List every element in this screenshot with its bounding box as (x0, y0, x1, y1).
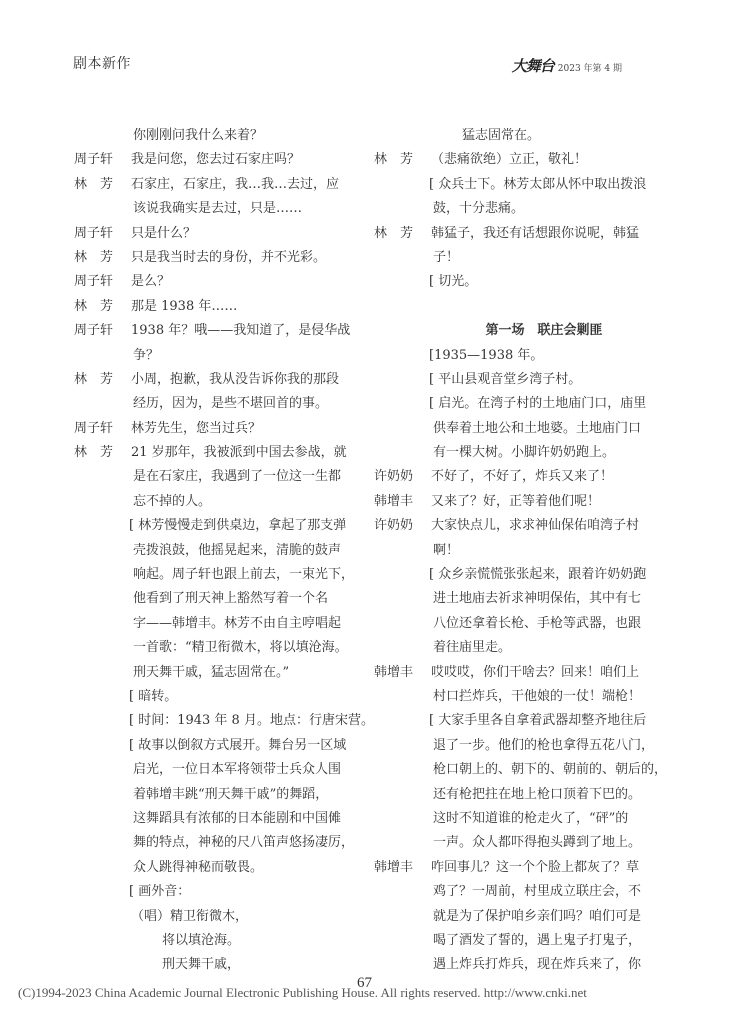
script-line: 喝了酒发了誓的，遇上鬼子打鬼子， (374, 929, 674, 953)
script-line: 林 芳21 岁那年，我被派到中国去参战，就 (74, 441, 374, 465)
line-text: 就是为了保护咱乡亲们吗？咱们可是 (433, 905, 641, 929)
speaker-name: 许奶奶 (374, 465, 430, 489)
stage-direction: [ 平山县观音堂乡湾子村。 (374, 368, 674, 392)
script-line: 八位还拿着长枪、手枪等武器，也跟 (374, 612, 674, 636)
line-text: 这时不知道谁的枪走火了，“砰”的 (433, 807, 628, 831)
script-line: 进土地庙去祈求神明保佑，其中有七 (374, 587, 674, 611)
script-line: 是在石家庄，我遇到了一位这一生都 (74, 465, 374, 489)
script-line: 众人跳得神秘而敬畏。 (74, 856, 374, 880)
stage-direction: [ 时间：1943 年 8 月。地点：行唐宋营。 (74, 709, 374, 733)
line-text: 石家庄，石家庄，我…我…去过，应 (131, 173, 339, 197)
script-line: 一声。众人都吓得抱头蹲到了地上。 (374, 831, 674, 855)
stage-direction: [ 众乡亲慌慌张张起来，跟着许奶奶跑 (374, 563, 674, 587)
line-text: 猛志固常在。 (462, 124, 540, 148)
script-line: 许奶奶大家快点儿，求求神仙保佑咱湾子村 (374, 514, 674, 538)
line-text: 这舞蹈具有浓郁的日本能剧和中国傩 (133, 807, 341, 831)
line-text: 啊！ (433, 539, 459, 563)
line-text: 刑天舞干戚，猛志固常在。” (133, 661, 289, 685)
stage-direction: [ 切光。 (374, 270, 674, 294)
speaker-name: 韩增丰 (374, 856, 430, 880)
speaker-name: 许奶奶 (374, 514, 430, 538)
line-text: [ 画外音： (129, 880, 190, 904)
line-text: 那是 1938 年…… (131, 295, 237, 319)
script-line: 着往庙里走。 (374, 636, 674, 660)
line-text: [ 时间：1943 年 8 月。地点：行唐宋营。 (129, 709, 374, 733)
speaker-name: 林 芳 (74, 441, 130, 465)
line-text: 只是什么？ (131, 222, 196, 246)
script-line: 还有枪把拄在地上枪口顶着下巴的。 (374, 783, 674, 807)
script-line: 该说我确实是去过，只是…… (74, 197, 374, 221)
line-text: [ 众乡亲慌慌张张起来，跟着许奶奶跑 (429, 563, 646, 587)
speaker-name: 周子轩 (74, 148, 130, 172)
line-text: [1935—1938 年。 (429, 344, 543, 368)
script-line: 字——韩增丰。林芳不由自主哼唱起 (74, 612, 374, 636)
line-text: 遇上炸兵打炸兵，现在炸兵来了，你 (433, 953, 641, 977)
script-line: 林 芳（悲痛欲绝）立正，敬礼！ (374, 148, 674, 172)
line-text: 大家快点儿，求求神仙保佑咱湾子村 (431, 514, 639, 538)
line-text: 有一棵大树。小脚许奶奶跑上。 (433, 441, 615, 465)
line-text: [ 众兵士下。林芳太郎从怀中取出拨浪 (429, 173, 646, 197)
line-text: 21 岁那年，我被派到中国去参战，就 (131, 441, 347, 465)
line-text: 我是问您，您去过石家庄吗？ (131, 148, 300, 172)
script-line: 一首歌：“精卫衔微木，将以填沧海。 (74, 636, 374, 660)
stage-direction: [ 启光。在湾子村的土地庙门口，庙里 (374, 392, 674, 416)
script-line: 周子轩1938 年？哦——我知道了，是侵华战 (74, 319, 374, 343)
speaker-name: 周子轩 (74, 222, 130, 246)
script-line: （唱）精卫衔微木， (74, 905, 374, 929)
script-line: 林 芳小周，抱歉，我从没告诉你我的那段 (74, 368, 374, 392)
right-column: 猛志固常在。林 芳（悲痛欲绝）立正，敬礼！[ 众兵士下。林芳太郎从怀中取出拨浪鼓… (374, 124, 674, 978)
script-line: 韩增丰哎哎哎，你们干啥去？回来！咱们上 (374, 661, 674, 685)
script-line: 遇上炸兵打炸兵，现在炸兵来了，你 (374, 953, 674, 977)
speaker-name: 周子轩 (74, 319, 130, 343)
journal-logo: 大舞台 (512, 55, 554, 76)
stage-direction: [1935—1938 年。 (374, 344, 674, 368)
speaker-name: 韩增丰 (374, 490, 430, 514)
script-line: 啊！ (374, 539, 674, 563)
stage-direction: [ 画外音： (74, 880, 374, 904)
script-line: 林 芳石家庄，石家庄，我…我…去过，应 (74, 173, 374, 197)
speaker-name: 林 芳 (74, 246, 130, 270)
script-line: 周子轩是么？ (74, 270, 374, 294)
line-text: 你刚刚问我什么来着？ (133, 124, 263, 148)
line-text: 鸡了？一周前，村里成立联庄会，不 (433, 880, 641, 904)
script-line: 供奉着土地公和土地婆。土地庙门口 (374, 417, 674, 441)
speaker-name: 韩增丰 (374, 661, 430, 685)
script-line: 争？ (74, 344, 374, 368)
line-text: 一首歌：“精卫衔微木，将以填沧海。 (133, 636, 348, 660)
script-line (374, 295, 674, 319)
script-line: 林 芳韩猛子，我还有话想跟你说呢，韩猛 (374, 222, 674, 246)
speaker-name: 周子轩 (74, 417, 130, 441)
script-line: 林 芳那是 1938 年…… (74, 295, 374, 319)
script-line: 将以填沧海。 (74, 929, 374, 953)
speaker-name: 林 芳 (374, 222, 430, 246)
line-text: 不好了，不好了，炸兵又来了！ (431, 465, 613, 489)
script-line: 就是为了保护咱乡亲们吗？咱们可是 (374, 905, 674, 929)
script-line: 刑天舞干戚，猛志固常在。” (74, 661, 374, 685)
script-line: 子！ (374, 246, 674, 270)
line-text: 进土地庙去祈求神明保佑，其中有七 (433, 587, 641, 611)
script-line: 这舞蹈具有浓郁的日本能剧和中国傩 (74, 807, 374, 831)
line-text: 韩猛子，我还有话想跟你说呢，韩猛 (431, 222, 639, 246)
line-text: 他看到了刑天神上豁然写着一个名 (133, 587, 328, 611)
speaker-name: 林 芳 (74, 173, 130, 197)
script-line: 退了一步。他们的枪也拿得五花八门， (374, 734, 674, 758)
line-text: 字——韩增丰。林芳不由自主哼唱起 (133, 612, 341, 636)
line-text: 是在石家庄，我遇到了一位这一生都 (133, 465, 341, 489)
line-text: 着往庙里走。 (433, 636, 511, 660)
line-text: 争？ (133, 344, 159, 368)
copyright-footer: (C)1994-2023 China Academic Journal Elec… (18, 985, 587, 1001)
line-text: 又来了？好，正等着他们呢！ (431, 490, 600, 514)
line-text: 供奉着土地公和土地婆。土地庙门口 (433, 417, 641, 441)
line-text: 是么？ (131, 270, 170, 294)
line-text: 退了一步。他们的枪也拿得五花八门， (433, 734, 654, 758)
line-text: [ 林芳慢慢走到供桌边，拿起了那支弹 (129, 514, 346, 538)
script-line: 猛志固常在。 (374, 124, 674, 148)
stage-direction: [ 故事以倒叙方式展开。舞台另一区域 (74, 734, 374, 758)
script-line: 有一棵大树。小脚许奶奶跑上。 (374, 441, 674, 465)
script-line: 村口拦炸兵，干他娘的一仗！端枪！ (374, 685, 674, 709)
line-text: 八位还拿着长枪、手枪等武器，也跟 (433, 612, 641, 636)
script-line: 林 芳只是我当时去的身份，并不光彩。 (74, 246, 374, 270)
speaker-name: 林 芳 (74, 368, 130, 392)
script-line: 许奶奶不好了，不好了，炸兵又来了！ (374, 465, 674, 489)
line-text: 子！ (433, 246, 459, 270)
line-text: 将以填沧海。 (162, 929, 240, 953)
script-line: 周子轩我是问您，您去过石家庄吗？ (74, 148, 374, 172)
speaker-name: 林 芳 (74, 295, 130, 319)
speaker-name: 林 芳 (374, 148, 430, 172)
script-line: 鼓，十分悲痛。 (374, 197, 674, 221)
script-line: 着韩增丰跳“刑天舞干戚”的舞蹈， (74, 783, 374, 807)
line-text: 咋回事儿？这一个个脸上都灰了？草 (431, 856, 639, 880)
line-text: 村口拦炸兵，干他娘的一仗！端枪！ (433, 685, 641, 709)
script-line: 你刚刚问我什么来着？ (74, 124, 374, 148)
line-text: 鼓，十分悲痛。 (433, 197, 524, 221)
line-text: 着韩增丰跳“刑天舞干戚”的舞蹈， (133, 783, 328, 807)
line-text: 林芳先生，您当过兵？ (131, 417, 261, 441)
line-text: 响起。周子轩也跟上前去，一束光下， (133, 563, 354, 587)
left-column: 你刚刚问我什么来着？周子轩我是问您，您去过石家庄吗？林 芳石家庄，石家庄，我…我… (74, 124, 374, 978)
line-text: 1938 年？哦——我知道了，是侵华战 (131, 319, 350, 343)
script-line: 刑天舞干戚， (74, 953, 374, 977)
stage-direction: [ 大家手里各自拿着武器却整齐地往后 (374, 709, 674, 733)
line-text: （唱）精卫衔微木， (131, 905, 248, 929)
script-line: 周子轩林芳先生，您当过兵？ (74, 417, 374, 441)
section-title: 剧本新作 (73, 53, 131, 73)
line-text: 还有枪把拄在地上枪口顶着下巴的。 (433, 783, 641, 807)
script-line: 韩增丰又来了？好，正等着他们呢！ (374, 490, 674, 514)
line-text: [ 切光。 (429, 270, 477, 294)
script-line: 忘不掉的人。 (74, 490, 374, 514)
line-text: 小周，抱歉，我从没告诉你我的那段 (131, 368, 339, 392)
speaker-name: 周子轩 (74, 270, 130, 294)
issue-label: 2023 年第 4 期 (558, 61, 622, 74)
line-text: 该说我确实是去过，只是…… (133, 197, 302, 221)
line-text: [ 启光。在湾子村的土地庙门口，庙里 (429, 392, 646, 416)
line-text: 刑天舞干戚， (162, 953, 240, 977)
script-line: 经历，因为，是些不堪回首的事。 (74, 392, 374, 416)
line-text: 枪口朝上的、朝下的、朝前的、朝后的， (433, 758, 667, 782)
script-line: 响起。周子轩也跟上前去，一束光下， (74, 563, 374, 587)
script-line: 启光，一位日本军将领带士兵众人围 (74, 758, 374, 782)
script-line: 鸡了？一周前，村里成立联庄会，不 (374, 880, 674, 904)
stage-direction: [ 暗转。 (74, 685, 374, 709)
scene-title-text: 第一场 联庄会剿匪 (374, 319, 674, 343)
script-line: 他看到了刑天神上豁然写着一个名 (74, 587, 374, 611)
line-text: [ 暗转。 (129, 685, 177, 709)
script-line: 周子轩只是什么？ (74, 222, 374, 246)
line-text: 喝了酒发了誓的，遇上鬼子打鬼子， (433, 929, 641, 953)
line-text: （悲痛欲绝）立正，敬礼！ (431, 148, 587, 172)
line-text: 一声。众人都吓得抱头蹲到了地上。 (433, 831, 641, 855)
stage-direction: [ 林芳慢慢走到供桌边，拿起了那支弹 (74, 514, 374, 538)
line-text: [ 大家手里各自拿着武器却整齐地往后 (429, 709, 646, 733)
scene-title: 第一场 联庄会剿匪 (374, 319, 674, 343)
script-line: 韩增丰咋回事儿？这一个个脸上都灰了？草 (374, 856, 674, 880)
line-text: 哎哎哎，你们干啥去？回来！咱们上 (431, 661, 639, 685)
line-text: 启光，一位日本军将领带士兵众人围 (133, 758, 341, 782)
line-text: 忘不掉的人。 (133, 490, 211, 514)
line-text: 经历，因为，是些不堪回首的事。 (133, 392, 328, 416)
line-text: 众人跳得神秘而敬畏。 (133, 856, 263, 880)
stage-direction: [ 众兵士下。林芳太郎从怀中取出拨浪 (374, 173, 674, 197)
script-line: 壳拨浪鼓，他摇晃起来，清脆的鼓声 (74, 539, 374, 563)
line-text: 只是我当时去的身份，并不光彩。 (131, 246, 326, 270)
line-text: [ 平山县观音堂乡湾子村。 (429, 368, 581, 392)
line-text: 壳拨浪鼓，他摇晃起来，清脆的鼓声 (133, 539, 341, 563)
journal-header: 大舞台 2023 年第 4 期 (512, 55, 622, 76)
script-line: 舞的特点，神秘的尺八笛声悠扬凄厉， (74, 831, 374, 855)
script-line: 这时不知道谁的枪走火了，“砰”的 (374, 807, 674, 831)
line-text: [ 故事以倒叙方式展开。舞台另一区域 (129, 734, 346, 758)
script-line: 枪口朝上的、朝下的、朝前的、朝后的， (374, 758, 674, 782)
line-text: 舞的特点，神秘的尺八笛声悠扬凄厉， (133, 831, 354, 855)
